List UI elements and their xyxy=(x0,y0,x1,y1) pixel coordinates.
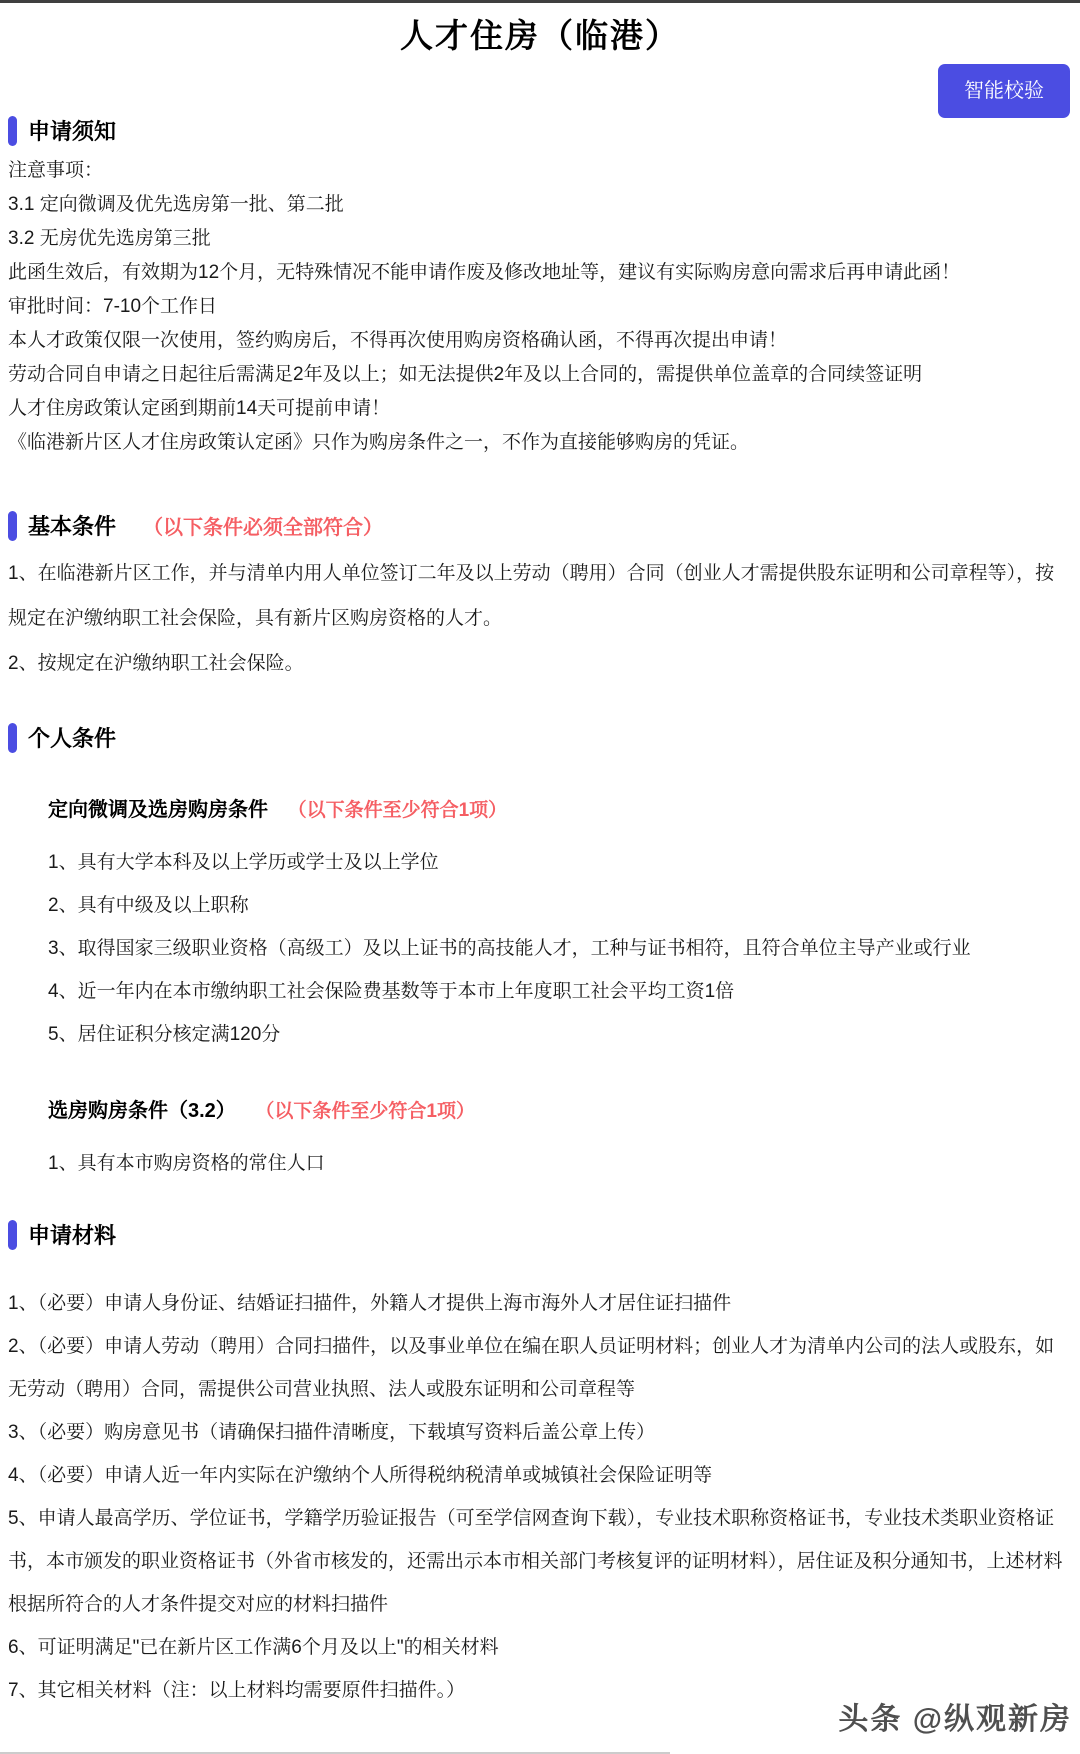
material-item: 1、（必要）申请人身份证、结婚证扫描件，外籍人才提供上海市海外人才居住证扫描件 xyxy=(8,1282,1072,1325)
page-title: 人才住房（临港） xyxy=(8,10,1072,57)
section-basic-conditions: 基本条件 （以下条件必须全部符合） 1、在临港新片区工作，并与清单内用人单位签订… xyxy=(8,510,1072,686)
section-basic-title: 基本条件 xyxy=(28,510,116,541)
personal-subsection-2-note: （以下条件至少符合1项） xyxy=(255,1101,475,1122)
personal-condition-item: 1、具有本市购房资格的常住人口 xyxy=(48,1145,1072,1183)
personal-subsection-2-label: 选房购房条件（3.2） xyxy=(48,1100,236,1122)
notice-line: 3.1 定向微调及优先选房第一批、第二批 xyxy=(8,188,1072,222)
section-accent-bar xyxy=(8,1220,17,1250)
page: 人才住房（临港） 智能校验 申请须知 注意事项： 3.1 定向微调及优先选房第一… xyxy=(0,0,1080,1754)
material-item: 6、可证明满足"已在新片区工作满6个月及以上"的相关材料 xyxy=(8,1626,1072,1669)
notice-line: 《临港新片区人才住房政策认定函》只作为购房条件之一，不作为直接能够购房的凭证。 xyxy=(8,426,1072,460)
notice-line: 审批时间：7-10个工作日 xyxy=(8,290,1072,324)
basic-item: 2、按规定在沪缴纳职工社会保险。 xyxy=(8,641,1072,686)
section-materials-header: 申请材料 xyxy=(8,1219,1072,1250)
materials-body: 1、（必要）申请人身份证、结婚证扫描件，外籍人才提供上海市海外人才居住证扫描件 … xyxy=(8,1282,1072,1712)
notice-line: 本人才政策仅限一次使用，签约购房后，不得再次使用购房资格确认函，不得再次提出申请… xyxy=(8,324,1072,358)
top-border-line xyxy=(0,0,1080,3)
personal-subsection-1-items: 1、具有大学本科及以上学历或学士及以上学位 2、具有中级及以上职称 3、取得国家… xyxy=(8,844,1072,1054)
material-item: 3、（必要）购房意见书（请确保扫描件清晰度，下载填写资料后盖公章上传） xyxy=(8,1411,1072,1454)
section-notice: 申请须知 注意事项： 3.1 定向微调及优先选房第一批、第二批 3.2 无房优先… xyxy=(8,115,1072,460)
section-basic-header: 基本条件 （以下条件必须全部符合） xyxy=(8,510,1072,541)
personal-condition-item: 5、居住证积分核定满120分 xyxy=(48,1016,1072,1054)
personal-subsection-2-items: 1、具有本市购房资格的常住人口 xyxy=(8,1145,1072,1183)
material-item: 4、（必要）申请人近一年内实际在沪缴纳个人所得税纳税清单或城镇社会保险证明等 xyxy=(8,1454,1072,1497)
notice-line: 劳动合同自申请之日起往后需满足2年及以上；如无法提供2年及以上合同的，需提供单位… xyxy=(8,358,1072,392)
section-accent-bar xyxy=(8,723,17,753)
material-item: 5、申请人最高学历、学位证书，学籍学历验证报告（可至学信网查询下载），专业技术职… xyxy=(8,1497,1072,1626)
personal-subsection-1-note: （以下条件至少符合1项） xyxy=(288,800,508,821)
notice-line: 3.2 无房优先选房第三批 xyxy=(8,222,1072,256)
personal-condition-item: 3、取得国家三级职业资格（高级工）及以上证书的高技能人才，工种与证书相符，且符合… xyxy=(48,930,1072,968)
section-notice-header: 申请须知 xyxy=(8,115,1072,146)
smart-check-button[interactable]: 智能校验 xyxy=(938,64,1070,118)
section-accent-bar xyxy=(8,511,17,541)
personal-condition-item: 1、具有大学本科及以上学历或学士及以上学位 xyxy=(48,844,1072,882)
notice-line: 注意事项： xyxy=(8,154,1072,188)
basic-item: 1、在临港新片区工作，并与清单内用人单位签订二年及以上劳动（聘用）合同（创业人才… xyxy=(8,551,1072,641)
section-accent-bar xyxy=(8,116,17,146)
notice-body: 注意事项： 3.1 定向微调及优先选房第一批、第二批 3.2 无房优先选房第三批… xyxy=(8,154,1072,460)
personal-subsection-1-heading: 定向微调及选房购房条件 （以下条件至少符合1项） xyxy=(48,793,1072,822)
personal-subsection-1-label: 定向微调及选房购房条件 xyxy=(48,799,268,821)
personal-subsection-2-heading: 选房购房条件（3.2） （以下条件至少符合1项） xyxy=(48,1094,1072,1123)
toutiao-watermark: 头条 @纵观新房 xyxy=(838,1694,1072,1738)
notice-line: 人才住房政策认定函到期前14天可提前申请！ xyxy=(8,392,1072,426)
section-notice-title: 申请须知 xyxy=(28,115,116,146)
material-item: 2、（必要）申请人劳动（聘用）合同扫描件，以及事业单位在编在职人员证明材料；创业… xyxy=(8,1325,1072,1411)
basic-condition-note: （以下条件必须全部符合） xyxy=(143,511,383,540)
basic-body: 1、在临港新片区工作，并与清单内用人单位签订二年及以上劳动（聘用）合同（创业人才… xyxy=(8,551,1072,686)
personal-condition-item: 2、具有中级及以上职称 xyxy=(48,887,1072,925)
section-personal-header: 个人条件 xyxy=(8,722,1072,753)
section-materials: 申请材料 1、（必要）申请人身份证、结婚证扫描件，外籍人才提供上海市海外人才居住… xyxy=(8,1219,1072,1712)
section-personal-conditions: 个人条件 定向微调及选房购房条件 （以下条件至少符合1项） 1、具有大学本科及以… xyxy=(8,722,1072,1183)
personal-condition-item: 4、近一年内在本市缴纳职工社会保险费基数等于本市上年度职工社会平均工资1倍 xyxy=(48,973,1072,1011)
section-materials-title: 申请材料 xyxy=(28,1219,116,1250)
notice-line: 此函生效后，有效期为12个月，无特殊情况不能申请作废及修改地址等，建议有实际购房… xyxy=(8,256,1072,290)
section-personal-title: 个人条件 xyxy=(28,722,116,753)
